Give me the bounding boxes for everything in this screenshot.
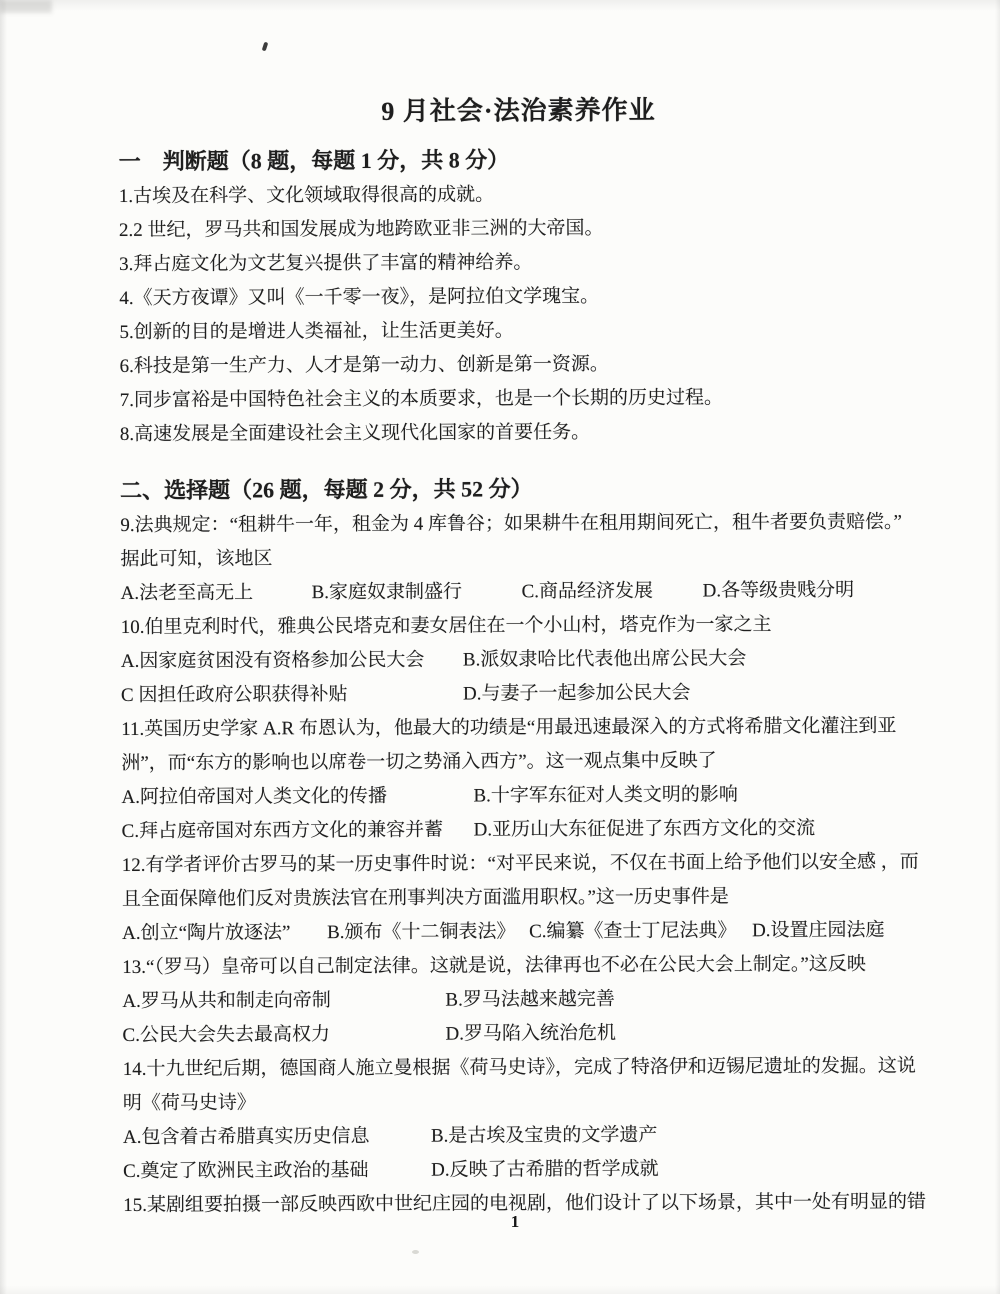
question-14-stem-line-2: 明《荷马史诗》 [123,1083,923,1120]
option-a: A.包含着古希腊真实历史信息 [123,1120,431,1155]
question-13: 13.“（罗马）皇帝可以自己制定法律。这就是说，法律再也不必在公民大会上制定。”… [122,948,922,1053]
page-number: 1 [30,1212,1000,1232]
judgment-item-3: 3.拜占庭文化为文艺复兴提供了丰富的精神给养。 [119,245,919,282]
scan-corner-shadow [0,0,52,13]
option-d: D.各等级贵贱分明 [703,574,855,609]
question-11-options-row-2: C.拜占庭帝国对东西方文化的兼容并蓄D.亚历山大东征促进了东西方文化的交流 [122,812,922,849]
option-a: A.因家庭贫困没有资格参加公民大会 [121,644,463,679]
option-b: B.派奴隶哈比代表他出席公民大会 [463,642,747,677]
question-14-stem-line-1: 14.十九世纪后期，德国商人施立曼根据《荷马史诗》，完成了特洛伊和迈锡尼遗址的发… [123,1049,923,1086]
section1-heading: 一 判断题（8 题，每题 1 分，共 8 分） [119,141,919,180]
option-b: B.颁布《十二铜表法》 [327,915,529,950]
option-b: B.十字军东征对人类文明的影响 [473,778,738,813]
question-12: 12.有学者评价古罗马的某一历史事件时说：“对平民来说，不仅在书面上给予他们以安… [122,846,922,951]
question-14-options-row-1: A.包含着古希腊真实历史信息B.是古埃及宝贵的文学遗产 [123,1117,923,1154]
judgment-item-6: 6.科技是第一生产力、人才是第一动力、创新是第一资源。 [120,347,920,384]
question-14: 14.十九世纪后期，德国商人施立曼根据《荷马史诗》，完成了特洛伊和迈锡尼遗址的发… [123,1049,924,1188]
option-b: B.是古埃及宝贵的文学遗产 [431,1119,658,1154]
option-b: B.家庭奴隶制盛行 [312,575,522,610]
option-c: C.公民大会失去最高权力 [122,1018,445,1053]
option-c: C 因担任政府公职获得补贴 [121,678,463,713]
question-13-options-row-2: C.公民大会失去最高权力D.罗马陷入统治危机 [122,1015,922,1052]
section2-heading: 二、选择题（26 题，每题 2 分，共 52 分） [120,470,920,509]
question-12-stem-line-2: 且全面保障他们反对贵族法官在刑事判决方面滥用职权。”这一历史事件是 [122,880,922,917]
scanned-worksheet-page: 9 月社会·法治素养作业 一 判断题（8 题，每题 1 分，共 8 分） 1.古… [0,0,1000,1294]
question-9-stem-line-2: 据此可知，该地区 [120,540,920,577]
judgment-item-5: 5.创新的目的是增进人类福祉，让生活更美好。 [119,313,919,350]
option-d: D.设置庄园法庭 [752,914,885,949]
option-a: A.阿拉伯帝国对人类文化的传播 [121,779,473,815]
judgment-items: 1.古埃及在科学、文化领域取得很高的成就。 2.2 世纪，罗马共和国发展成为地跨… [119,177,920,452]
question-13-options-row-1: A.罗马从共和制走向帝制B.罗马法越来越完善 [122,982,922,1019]
question-11-stem-line-1: 11.英国历史学家 A.R 布恩认为，他最大的功绩是“用最迅速最深入的方式将希腊… [121,710,921,747]
worksheet-content: 9 月社会·法治素养作业 一 判断题（8 题，每题 1 分，共 8 分） 1.古… [118,0,923,1223]
page-title: 9 月社会·法治素养作业 [118,93,918,130]
option-d: D.反映了古希腊的哲学成就 [431,1153,659,1188]
option-a: A.创立“陶片放逐法” [122,916,327,951]
question-11-options-row-1: A.阿拉伯帝国对人类文化的传播B.十字军东征对人类文明的影响 [121,778,921,815]
option-c: C.编纂《查士丁尼法典》 [529,914,752,949]
option-d: D.亚历山大东征促进了东西方文化的交流 [474,812,816,847]
question-10-options-row-2: C 因担任政府公职获得补贴D.与妻子一起参加公民大会 [121,676,921,713]
option-d: D.与妻子一起参加公民大会 [463,677,691,712]
question-9: 9.法典规定：“租耕牛一年，租金为 4 库鲁谷；如果耕牛在租用期间死亡，租牛者要… [120,506,920,611]
question-11-stem-line-2: 洲”，而“东方的影响也以席卷一切之势涌入西方”。这一观点集中反映了 [121,744,921,781]
question-13-stem-line-1: 13.“（罗马）皇帝可以自己制定法律。这就是说，法律再也不必在公民大会上制定。”… [122,948,922,985]
option-c: C.商品经济发展 [522,574,703,609]
question-10: 10.伯里克利时代，雅典公民塔克和妻女居住在一个小山村，塔克作为一家之主 A.因… [121,608,921,713]
question-12-stem-line-1: 12.有学者评价古罗马的某一历史事件时说：“对平民来说，不仅在书面上给予他们以安… [122,846,922,883]
option-a: A.法老至高无上 [121,576,312,611]
option-d: D.罗马陷入统治危机 [445,1017,616,1052]
question-10-stem-line-1: 10.伯里克利时代，雅典公民塔克和妻女居住在一个小山村，塔克作为一家之主 [121,608,921,645]
question-12-options: A.创立“陶片放逐法”B.颁布《十二铜表法》C.编纂《查士丁尼法典》D.设置庄园… [122,914,922,951]
option-c: C.奠定了欧洲民主政治的基础 [123,1154,431,1189]
judgment-item-4: 4.《天方夜谭》又叫《一千零一夜》，是阿拉伯文学瑰宝。 [119,279,919,316]
question-11: 11.英国历史学家 A.R 布恩认为，他最大的功绩是“用最迅速最深入的方式将希腊… [121,710,922,849]
question-14-options-row-2: C.奠定了欧洲民主政治的基础D.反映了古希腊的哲学成就 [123,1151,923,1188]
question-9-options: A.法老至高无上B.家庭奴隶制盛行C.商品经济发展D.各等级贵贱分明 [121,574,921,611]
judgment-item-8: 8.高速发展是全面建设社会主义现代化国家的首要任务。 [120,415,920,452]
judgment-item-7: 7.同步富裕是中国特色社会主义的本质要求，也是一个长期的历史过程。 [120,381,920,418]
question-10-options-row-1: A.因家庭贫困没有资格参加公民大会B.派奴隶哈比代表他出席公民大会 [121,642,921,679]
judgment-item-1: 1.古埃及在科学、文化领域取得很高的成就。 [119,177,919,214]
option-c: C.拜占庭帝国对东西方文化的兼容并蓄 [122,813,474,849]
option-b: B.罗马法越来越完善 [445,983,615,1018]
judgment-item-2: 2.2 世纪，罗马共和国发展成为地跨欧亚非三洲的大帝国。 [119,211,919,248]
faint-speck [412,1250,419,1254]
option-a: A.罗马从共和制走向帝制 [122,984,445,1019]
question-9-stem-line-1: 9.法典规定：“租耕牛一年，租金为 4 库鲁谷；如果耕牛在租用期间死亡，租牛者要… [120,506,920,543]
